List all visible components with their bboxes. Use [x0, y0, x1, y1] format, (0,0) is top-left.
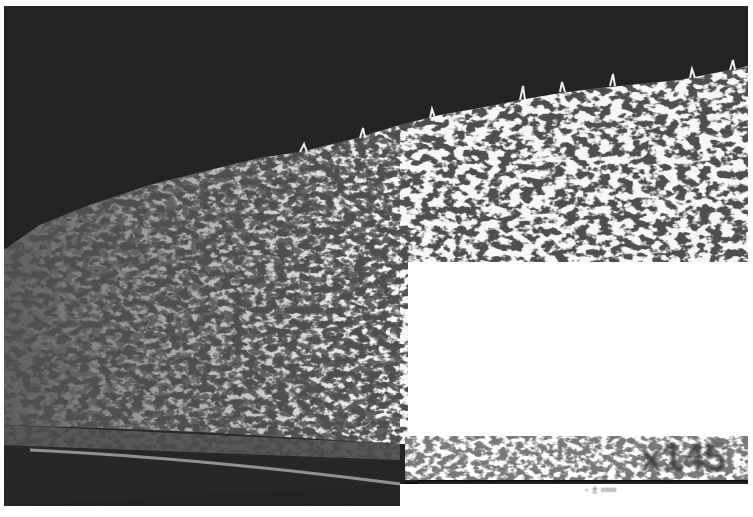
magnification-label: x145: [640, 436, 725, 481]
scale-sub-label: - ± ∞∞: [585, 484, 617, 496]
scale-bar-left-segment: [404, 482, 418, 484]
